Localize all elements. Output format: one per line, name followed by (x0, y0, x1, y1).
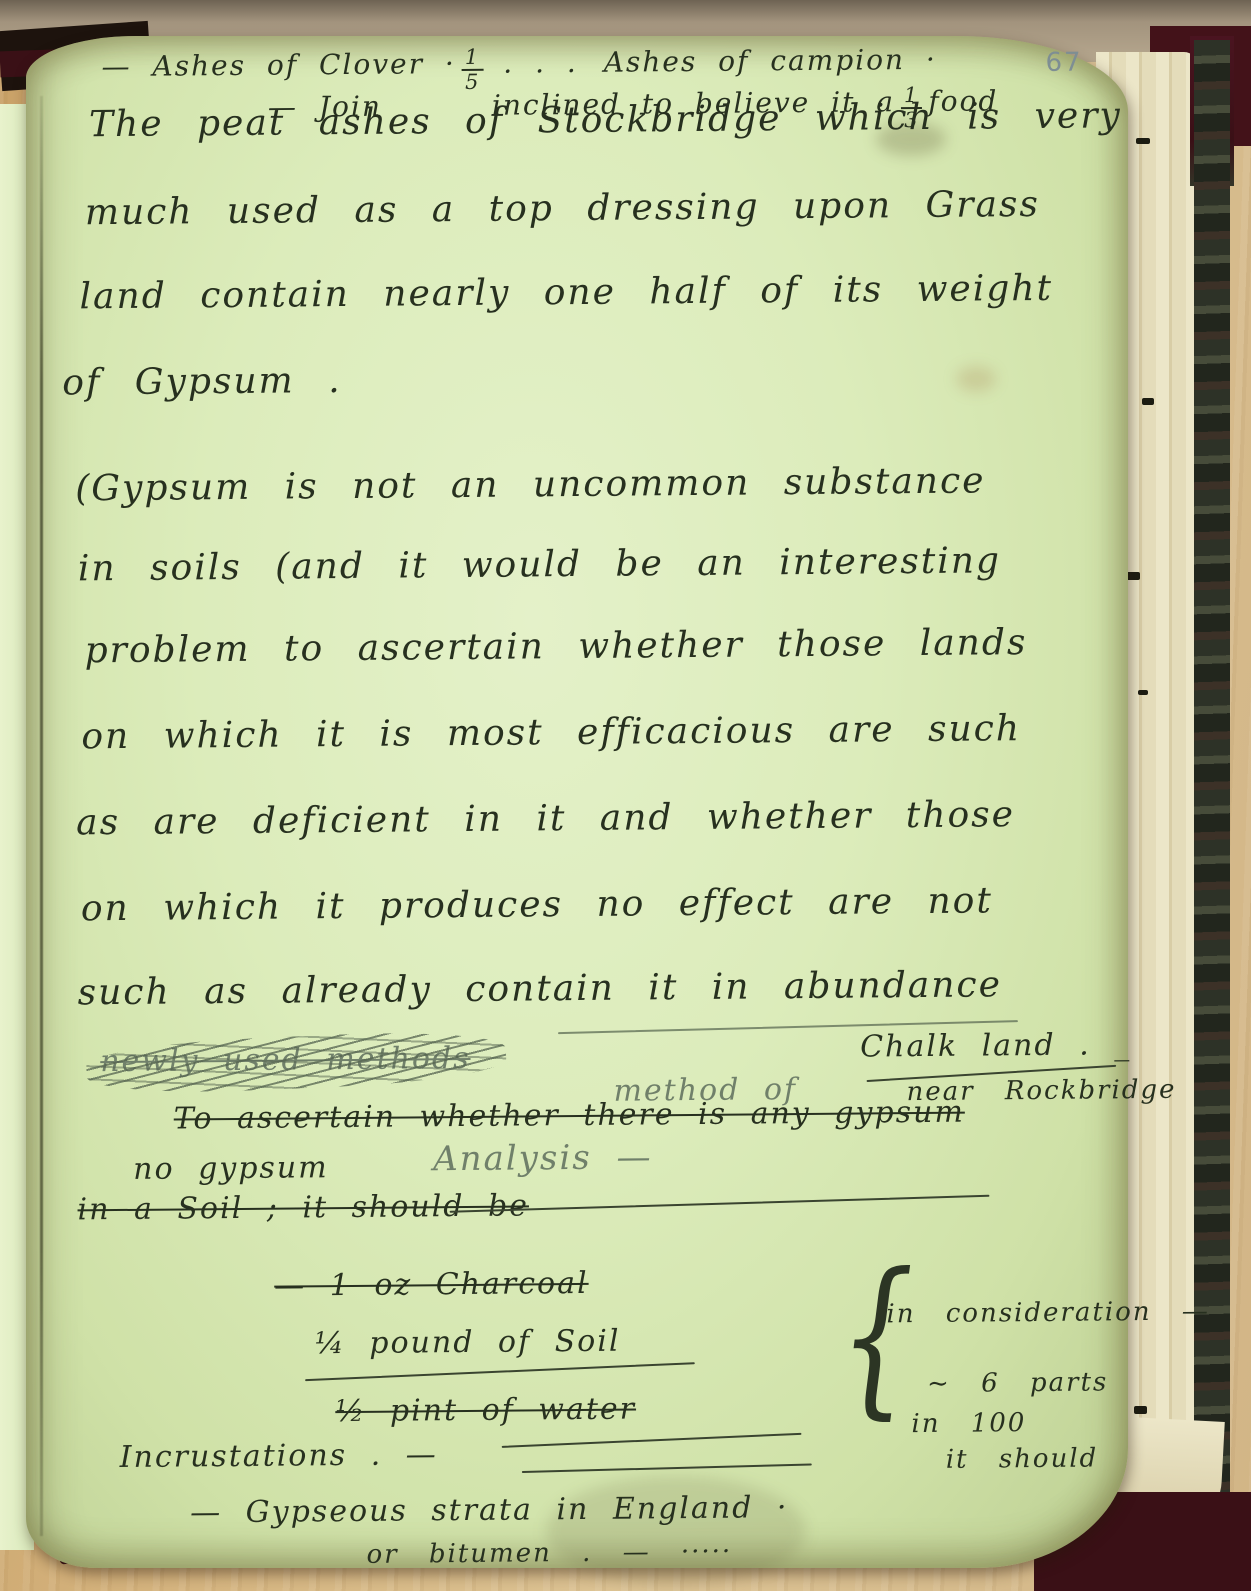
note-it-should: it should (946, 1443, 1099, 1474)
note-consideration: in consideration — (886, 1296, 1210, 1329)
manuscript-line: of Gypsum . (62, 360, 342, 403)
header-ashes-clover: — Ashes of Clover · (101, 47, 456, 83)
handwriting-layer: 67 — Ashes of Clover · 1 5 . . . Ashes o… (19, 31, 1134, 1573)
note-in-100: in 100 (911, 1408, 1026, 1439)
note-parts: ~ 6 parts (927, 1367, 1108, 1399)
note-in-a-soil: in a Soil ; it should be (77, 1188, 529, 1227)
manuscript-line: in soils (and it would be an interesting (78, 540, 1001, 589)
note-chalk-land: Chalk land . _ (860, 1027, 1131, 1064)
manuscript-line: The peat ashes of Stockbridge which is v… (89, 95, 1122, 145)
edge-ink-fragment (1136, 138, 1150, 144)
edge-ink-fragment (1134, 1406, 1147, 1414)
note-incrustations: Incrustations . — (120, 1437, 438, 1475)
manuscript-line: (Gypsum is not an uncommon substance (75, 460, 986, 509)
curly-brace: { (838, 1251, 917, 1422)
manuscript-line: on which it produces no effect are not (81, 880, 993, 929)
note-soil-quantity: ¼ pound of Soil (315, 1324, 621, 1362)
manuscript-line: such as already contain it in abundance (77, 964, 1002, 1013)
note-no-gypsum: no gypsum (133, 1150, 329, 1187)
strike-line-extension (450, 1195, 990, 1213)
header-ashes-campion: Ashes of campion · (604, 43, 937, 79)
edge-ink-fragment (1138, 690, 1148, 695)
page-number: 67 (1045, 48, 1082, 78)
note-ascertain: To ascertain whether there is any gypsum (174, 1095, 965, 1137)
underline-stroke (305, 1362, 695, 1381)
manuscript-line: on which it is most efficacious are such (81, 708, 1021, 757)
scribble-overlay (85, 1027, 507, 1097)
edge-ink-fragment (1142, 398, 1154, 405)
note-analysis: Analysis — (433, 1137, 653, 1179)
manuscript-page: 67 — Ashes of Clover · 1 5 . . . Ashes o… (26, 36, 1128, 1568)
note-gypseous-strata: — Gypseous strata in England · (190, 1490, 789, 1530)
manuscript-line: problem to ascertain whether those lands (84, 622, 1027, 671)
note-bitumen: or bitumen . — ····· (366, 1537, 732, 1570)
manuscript-line: land contain nearly one half of its weig… (79, 268, 1053, 317)
manuscript-line: as are deficient in it and whether those (76, 794, 1015, 843)
dash-stroke (522, 1463, 812, 1473)
note-charcoal: — 1 oz Charcoal (274, 1266, 589, 1304)
header-dots: . . . (503, 46, 578, 80)
manuscript-line: much used as a top dressing upon Grass (85, 184, 1040, 233)
fraction-one-fifth: 1 5 (462, 47, 484, 93)
note-water: ½ pint of water (335, 1392, 636, 1430)
dash-stroke (502, 1433, 802, 1448)
